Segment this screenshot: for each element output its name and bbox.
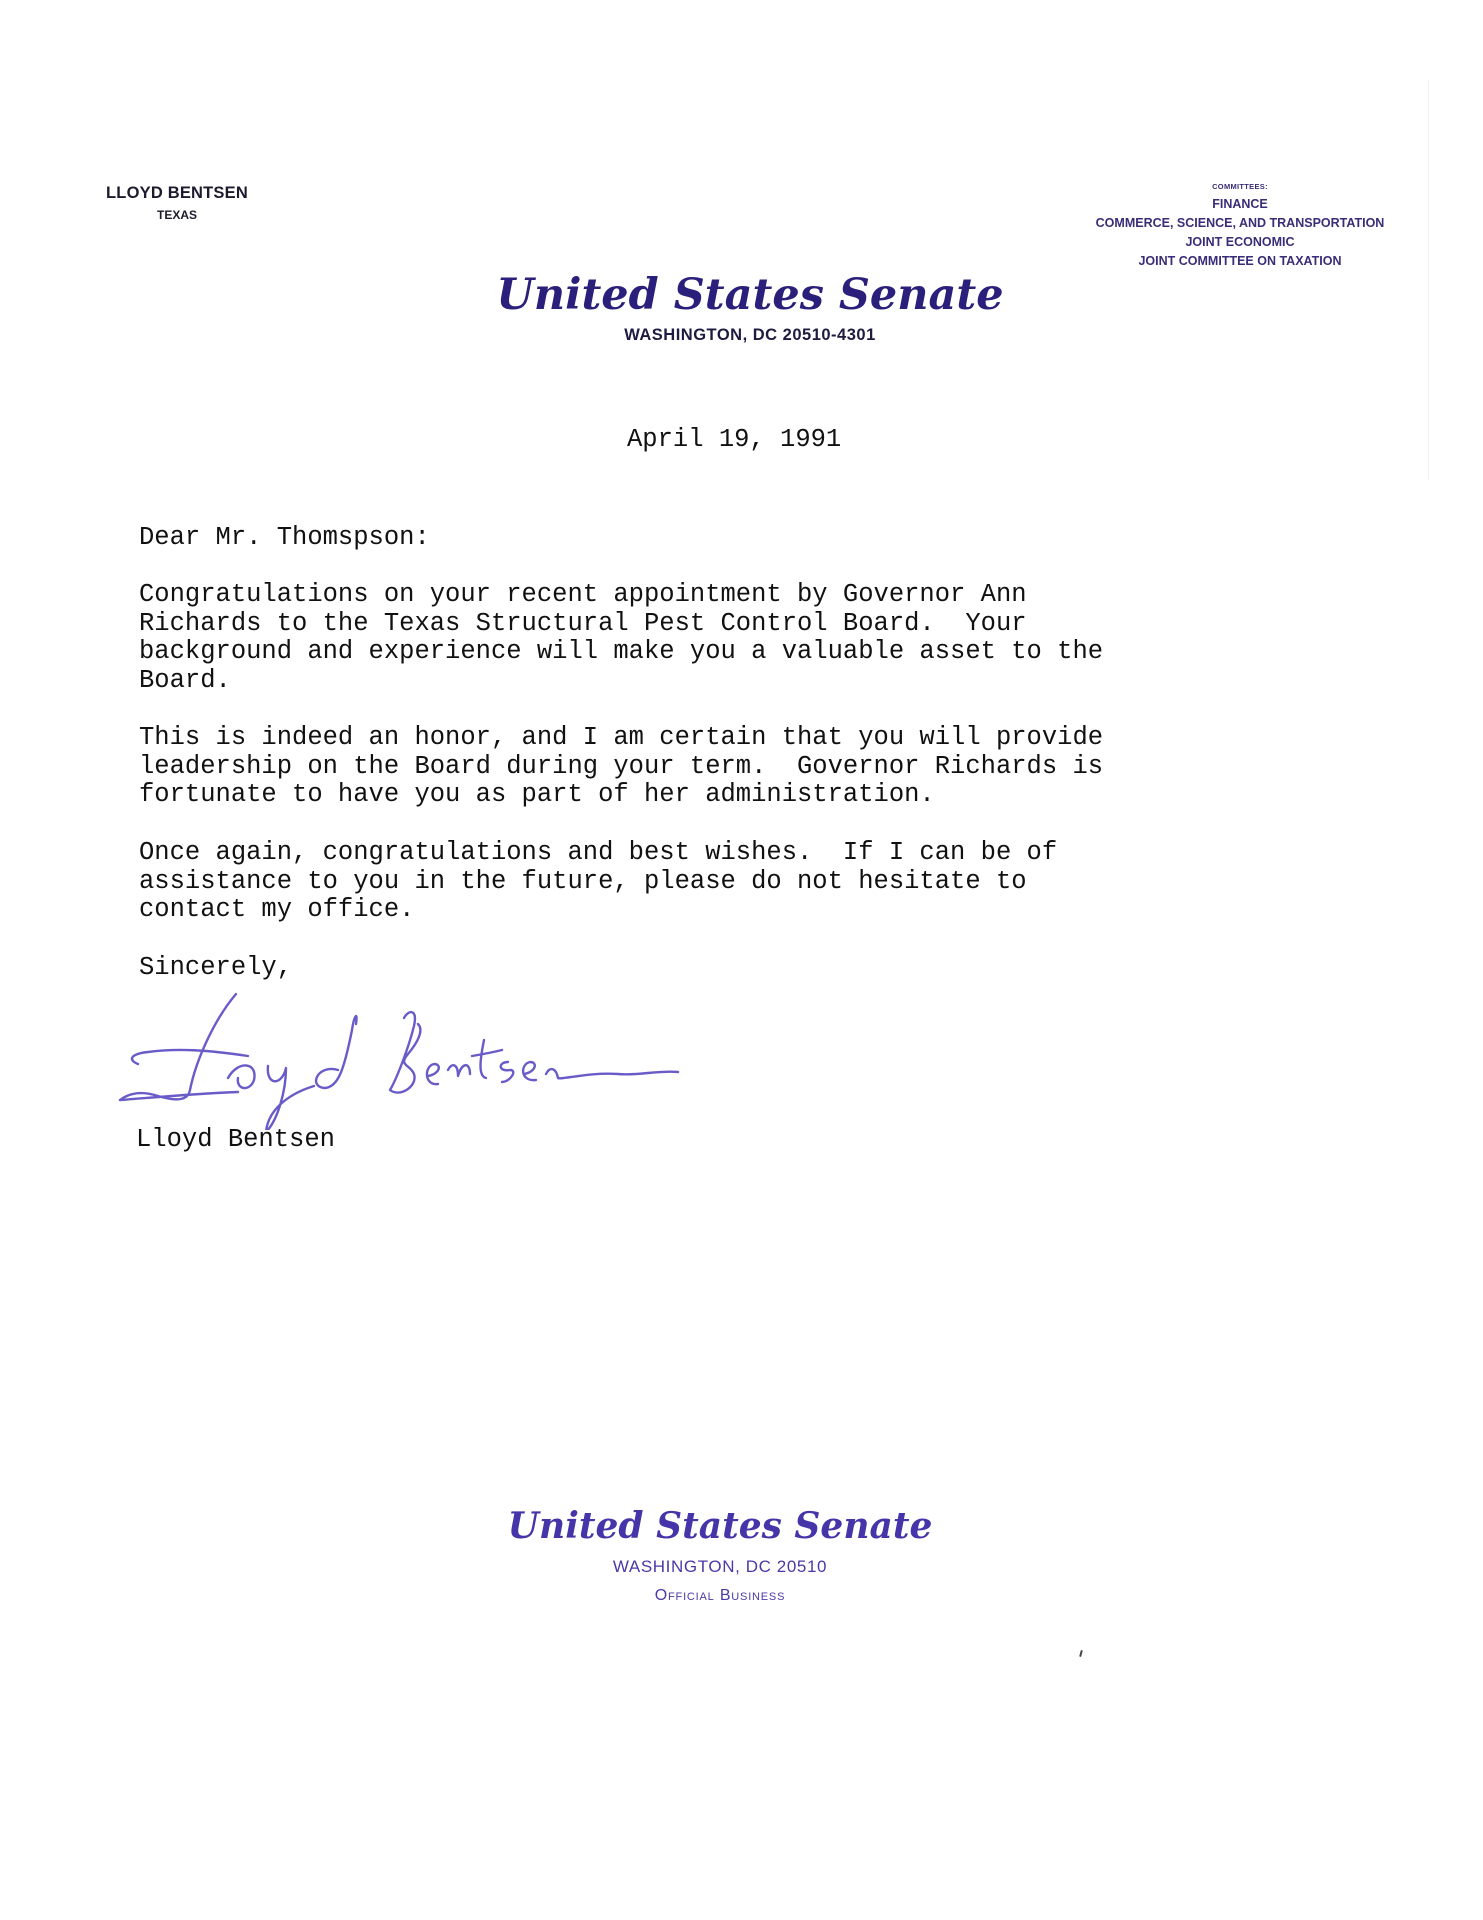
body-paragraph: Congratulations on your recent appointme…: [139, 581, 1103, 695]
sender-state: TEXAS: [92, 208, 262, 222]
committee-item: JOINT ECONOMIC: [1060, 233, 1420, 252]
letter-date: April 19, 1991: [627, 426, 841, 455]
salutation: Dear Mr. Thomspson:: [139, 524, 430, 553]
letterhead-title: United States Senate: [460, 270, 1040, 320]
committee-item: COMMERCE, SCIENCE, AND TRANSPORTATION: [1060, 214, 1420, 233]
letterhead-address: WASHINGTON, DC 20510-4301: [460, 326, 1040, 345]
footer-address: WASHINGTON, DC 20510: [500, 1557, 940, 1577]
committees-block: COMMITTEES: FINANCE COMMERCE, SCIENCE, A…: [1060, 182, 1420, 271]
sender-block: LLOYD BENTSEN TEXAS: [92, 184, 262, 222]
official-business-label: Official Business: [500, 1587, 940, 1605]
closing: Sincerely,: [139, 954, 292, 983]
letterhead: United States Senate WASHINGTON, DC 2051…: [460, 270, 1040, 345]
scan-speck: [1079, 1650, 1083, 1657]
body-paragraph: This is indeed an honor, and I am certai…: [139, 724, 1103, 810]
body-paragraph: Once again, congratulations and best wis…: [139, 839, 1057, 925]
committees-label: COMMITTEES:: [1060, 182, 1420, 191]
committee-item: FINANCE: [1060, 195, 1420, 214]
official-business-frank: United States Senate WASHINGTON, DC 2051…: [500, 1505, 940, 1605]
scan-edge-line: [1428, 80, 1429, 480]
footer-title: United States Senate: [500, 1505, 940, 1547]
handwritten-signature: [118, 990, 698, 1130]
committee-item: JOINT COMMITTEE ON TAXATION: [1060, 252, 1420, 271]
sender-name: LLOYD BENTSEN: [92, 184, 262, 203]
signer-name: Lloyd Bentsen: [136, 1126, 335, 1155]
letter-page: LLOYD BENTSEN TEXAS COMMITTEES: FINANCE …: [0, 0, 1483, 1920]
